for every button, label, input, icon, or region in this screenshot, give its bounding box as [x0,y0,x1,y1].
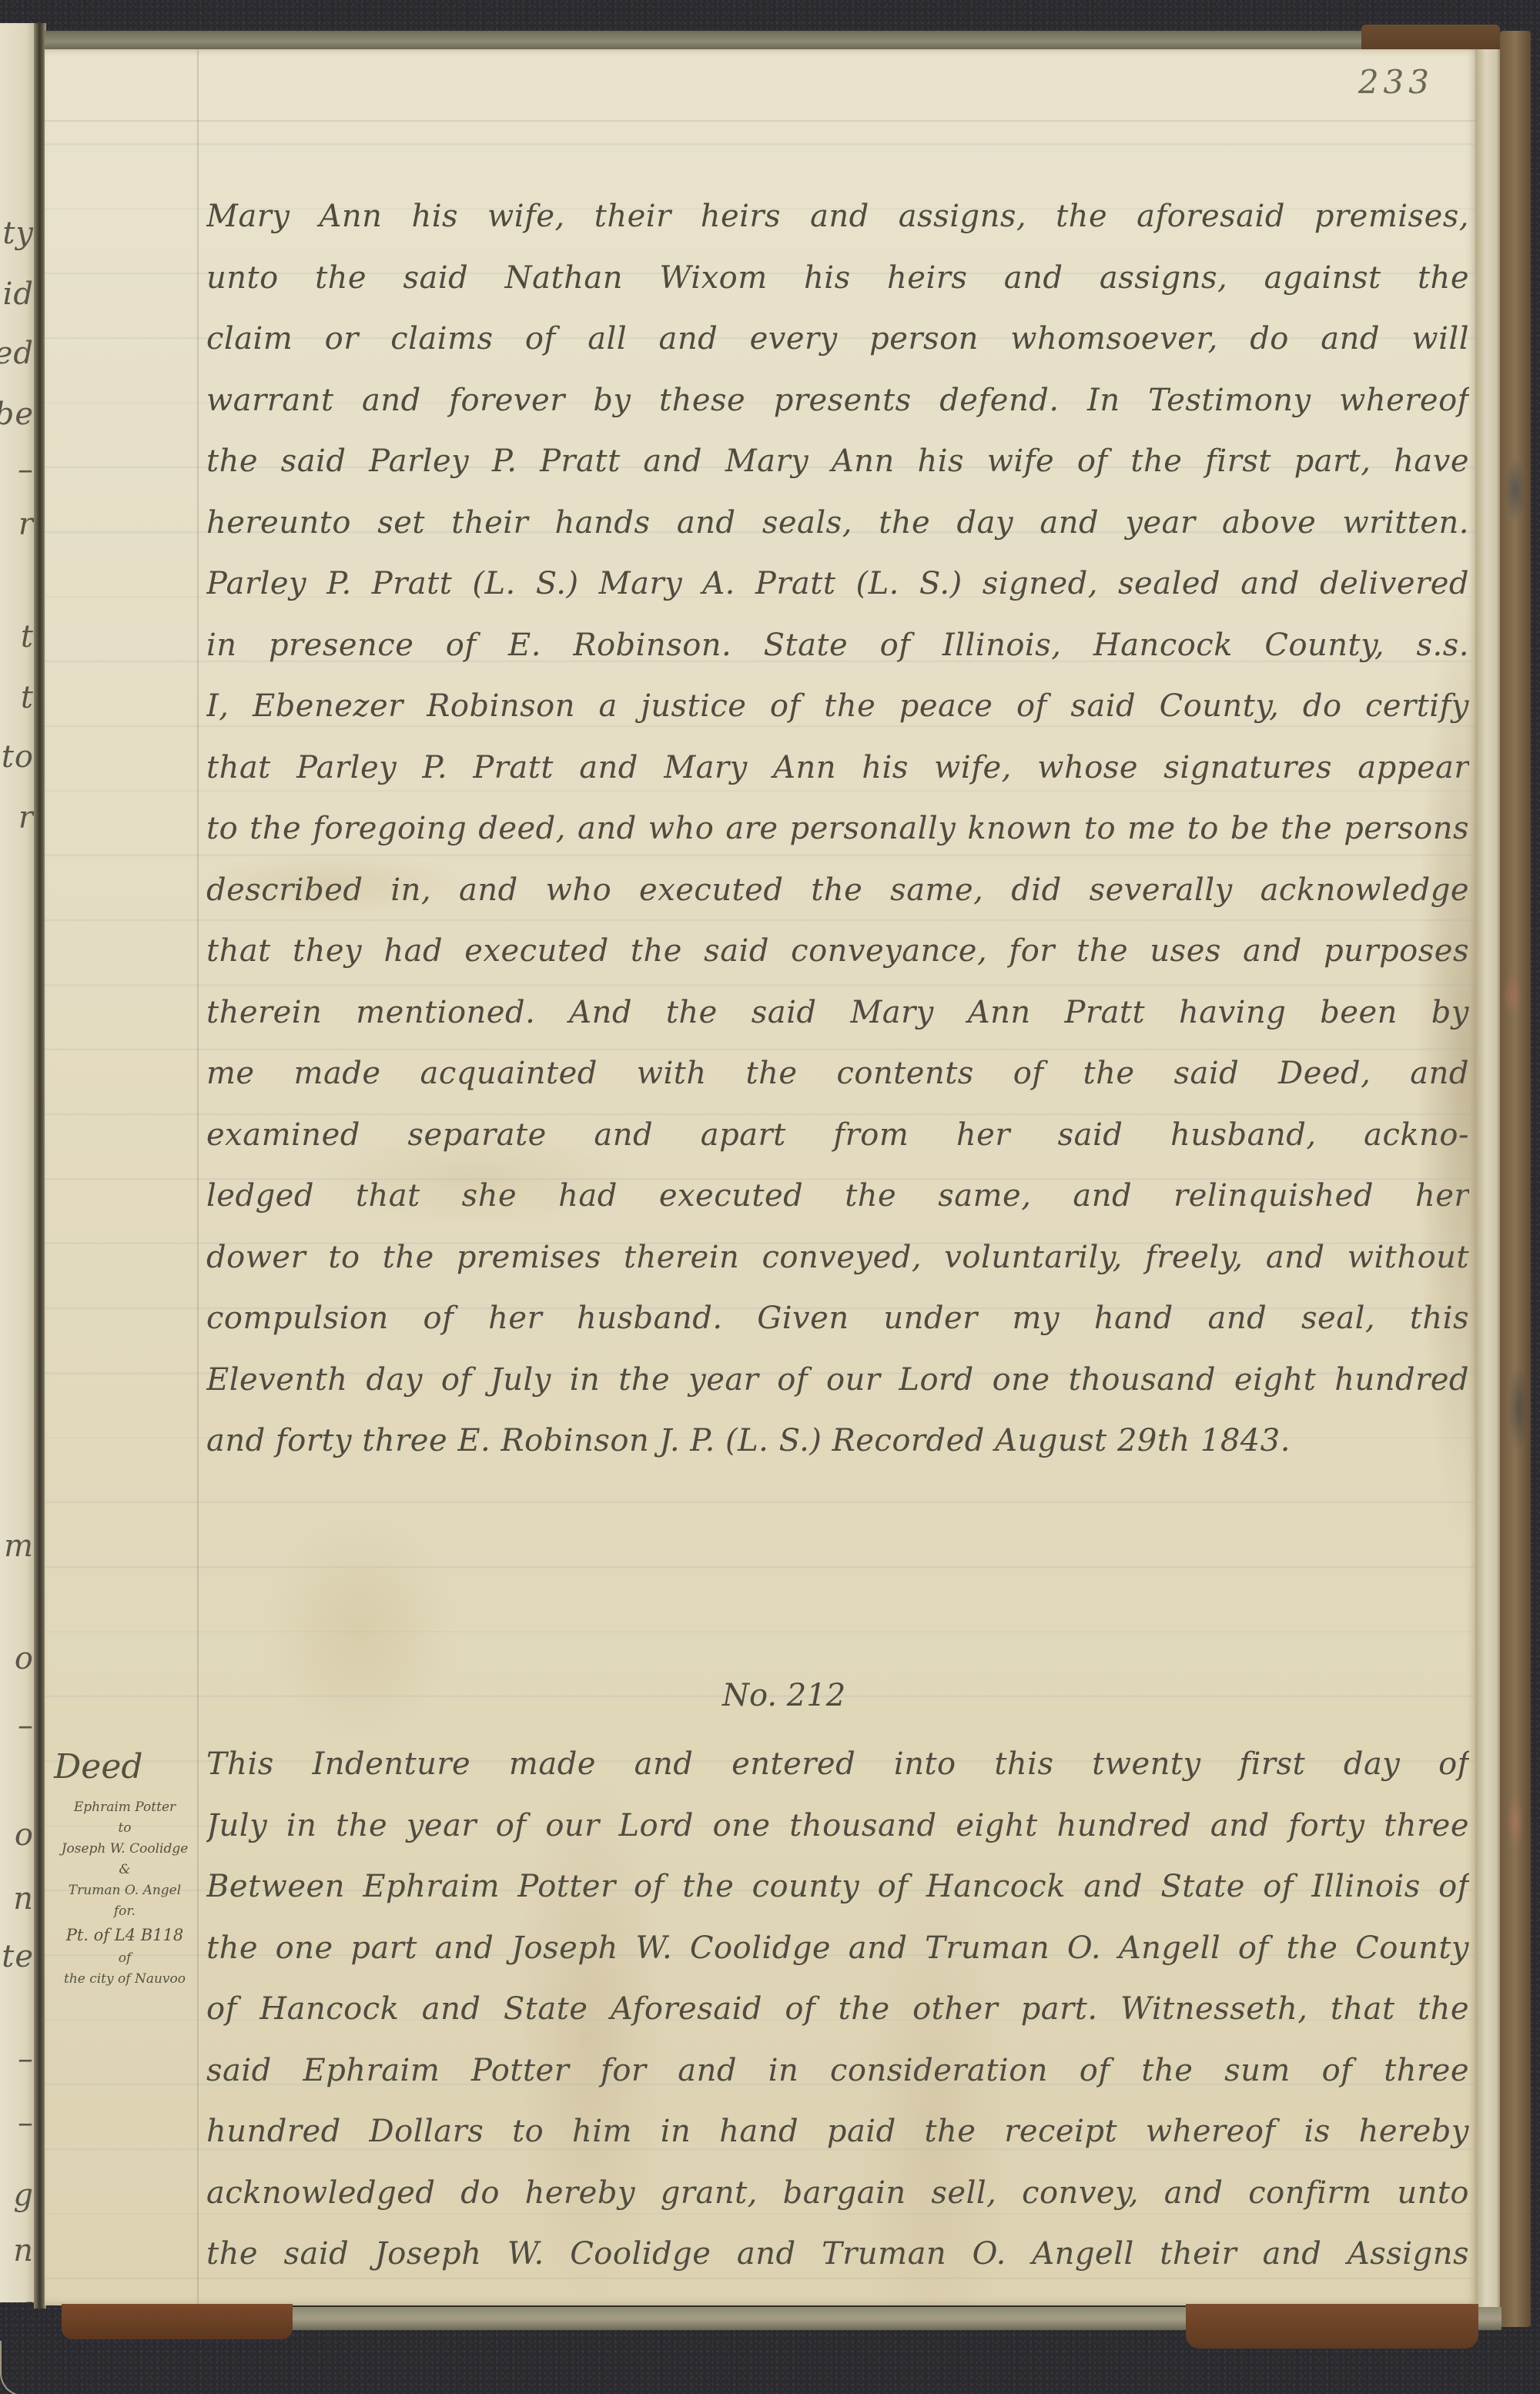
text-line: unto the said Nathan Wixom his heirs and… [206,248,1469,310]
facing-page-text-fragment: o [15,1817,34,1853]
facing-page-text-fragment: d [13,2298,34,2302]
text-line: examined separate and apart from her sai… [206,1105,1469,1167]
text-line: Parley P. Pratt (L. S.) Mary A. Pratt (L… [206,554,1469,615]
text-line: July in the year of our Lord one thousan… [206,1796,1469,1857]
margin-note: of [49,1948,200,1969]
margin-city: the city of Nauvoo [49,1969,200,1990]
text-line: therein mentioned. And the said Mary Ann… [206,983,1469,1044]
margin-grantor: Ephraim Potter [49,1797,200,1818]
margin-grantee-2: Truman O. Angel [49,1880,200,1901]
text-line: dower to the premises therein conveyed, … [206,1227,1469,1289]
facing-page-edge: tyiduedbe–rttntormo–onate––gnd [0,23,37,2302]
text-line: acknowledged do hereby grant, bargain se… [206,2163,1469,2225]
margin-lot: Pt. of L4 B118 [49,1922,200,1948]
header-rule [45,120,1478,122]
loose-thread [0,2341,32,2394]
text-line: of Hancock and State Aforesaid of the ot… [206,1979,1469,2041]
recorded-line: and forty three E. Robinson J. P. (L. S.… [206,1411,1469,1472]
text-line: that they had executed the said conveyan… [206,921,1469,983]
register-page: 233 Mary Ann his wife, their heirs and a… [45,49,1478,2305]
facing-page-text-fragment: r [18,507,34,542]
facing-page-text-fragment: – [18,1708,34,1743]
facing-page-text-fragment: t [21,619,34,655]
text-line: This Indenture made and entered into thi… [206,1734,1469,1796]
facing-page-text-fragment: m [4,1528,34,1564]
leather-corner-top [1361,25,1500,52]
margin-annotation: Deed Ephraim Potter to Joseph W. Coolidg… [49,1737,200,1990]
text-line: said Ephraim Potter for and in considera… [206,2041,1469,2102]
facing-page-text-fragment: r [18,800,34,835]
text-line: that Parley P. Pratt and Mary Ann his wi… [206,738,1469,799]
text-line: Between Ephraim Potter of the county of … [206,1857,1469,1918]
margin-note: for. [49,1901,200,1922]
margin-title: Deed [49,1737,200,1797]
facing-page-text-fragment: be [0,397,34,432]
text-line: Mary Ann his wife, their heirs and assig… [206,186,1469,248]
margin-note: to [49,1818,200,1839]
text-line: Eleventh day of July in the year of our … [206,1350,1469,1411]
text-line: warrant and forever by these presents de… [206,370,1469,432]
text-line: in presence of E. Robinson. State of Ill… [206,615,1469,677]
margin-note: & [49,1860,200,1880]
facing-page-text-fragment: t [21,680,34,715]
facing-page-text-fragment: id [3,276,34,312]
text-line: ledged that she had executed the same, a… [206,1166,1469,1227]
text-line: I, Ebenezer Robinson a justice of the pe… [206,676,1469,738]
page-block-edge [1475,49,1501,2312]
bottom-binding-board [62,2307,1501,2330]
facing-page-text-fragment: ate [0,1939,34,1974]
leather-corner-bottom-right [1186,2304,1478,2349]
facing-page-text-fragment: – [18,2041,34,2077]
text-line: me made acquainted with the contents of … [206,1043,1469,1105]
text-line: claim or claims of all and every person … [206,309,1469,370]
text-line: the said Joseph W. Coolidge and Truman O… [206,2224,1469,2285]
facing-page-text-fragment: nto [0,739,34,775]
facing-page-text-fragment: g [13,2178,34,2213]
facing-page-text-fragment: ty [2,216,34,251]
entry-211-continued: Mary Ann his wife, their heirs and assig… [206,186,1469,1472]
facing-page-text-fragment: – [18,452,34,487]
facing-page-text-fragment: – [18,2105,34,2141]
text-line: the said Parley P. Pratt and Mary Ann hi… [206,431,1469,493]
margin-grantee-1: Joseph W. Coolidge [49,1839,200,1860]
text-line: described in, and who executed the same,… [206,860,1469,922]
text-line: hundred Dollars to him in hand paid the … [206,2101,1469,2163]
entry-number: No. 212 [722,1678,845,1713]
facing-page-text-fragment: n [13,2233,34,2268]
text-line: hereunto set their hands and seals, the … [206,493,1469,554]
page-number: 233 [1358,63,1434,101]
text-line: compulsion of her husband. Given under m… [206,1288,1469,1350]
entry-212-body: This Indenture made and entered into thi… [206,1734,1469,2285]
marbled-binding [1500,31,1531,2327]
leather-corner-bottom-left [62,2304,293,2339]
facing-page-text-fragment: ued [0,336,34,371]
facing-page-text-fragment: o [15,1641,34,1676]
text-line: the one part and Joseph W. Coolidge and … [206,1918,1469,1980]
facing-page-text-fragment: n [13,1881,34,1917]
text-line: to the foregoing deed, and who are perso… [206,799,1469,860]
